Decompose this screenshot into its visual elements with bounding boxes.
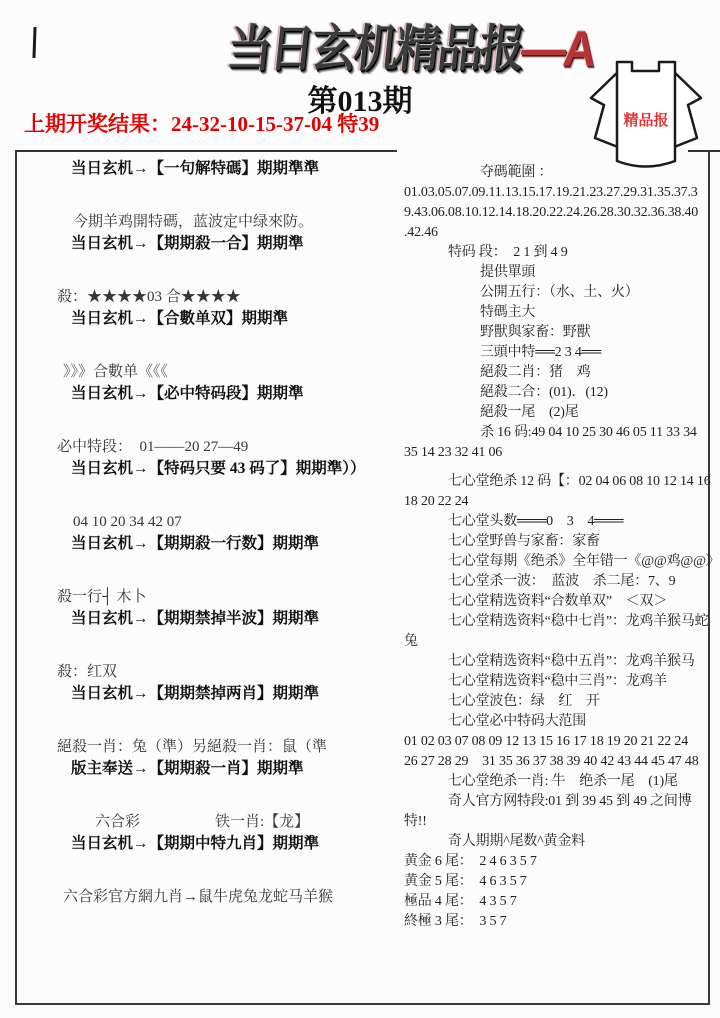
right-line: 26 27 28 29 31 35 36 37 38 39 40 42 43 4… bbox=[398, 752, 712, 772]
right-line: 杀 16 码:49 04 10 25 30 46 05 11 33 34 bbox=[398, 423, 712, 443]
right-line: 七心堂头数═══0 3 4═══ bbox=[398, 512, 712, 532]
right-line: 黄金 5 尾： 4 6 3 5 7 bbox=[398, 872, 712, 892]
left-line: 当日玄机→【期期禁掉半波】期期準 bbox=[55, 608, 397, 630]
left-block: 殺：红双当日玄机→【期期禁掉两肖】期期準 bbox=[55, 661, 397, 705]
right-line: 七心堂每期《绝杀》全年错一《@@鸡@@》 bbox=[398, 552, 712, 572]
left-column: 当日玄机→【一句解特碼】期期準準今期羊鸡開特碼，蓝波定中绿來防。当日玄机→【期期… bbox=[55, 158, 397, 939]
left-line: 殺：★★★★03 合★★★★ bbox=[55, 286, 397, 308]
right-line: 極品 4 尾： 4 3 5 7 bbox=[398, 892, 712, 912]
right-line: 絕殺一尾 (2)尾 bbox=[398, 403, 712, 423]
right-column: 夺碼範圍 ：01.03.05.07.09.11.13.15.17.19.21.2… bbox=[398, 163, 712, 932]
right-line: 七心堂波色：绿 红 开 bbox=[398, 692, 712, 712]
ribbon-label: 精品报 bbox=[622, 111, 668, 129]
right-line: 三頭中特══2 3 4══ bbox=[398, 343, 712, 363]
right-line: 七心堂绝杀 12 码【：02 04 06 08 10 12 14 16 bbox=[398, 472, 712, 492]
left-block: 絕殺一肖：兔（準）另絕殺一肖：鼠（準版主奉送→【期期殺一肖】期期準 bbox=[55, 736, 397, 780]
right-line: 七心堂绝杀一肖: 牛 绝杀一尾 (1)尾 bbox=[398, 772, 712, 792]
right-line: 七心堂精选资料“合数单双” ＜双＞ bbox=[398, 592, 712, 612]
left-line: 当日玄机→【一句解特碼】期期準準 bbox=[55, 158, 397, 180]
left-block: 》》》合數单《《《当日玄机→【必中特码段】期期準 bbox=[55, 361, 397, 405]
left-block: 当日玄机→【一句解特碼】期期準準 bbox=[55, 158, 397, 180]
right-line: 提供單頭 bbox=[398, 263, 712, 283]
main-title-text: 当日玄机精品报 bbox=[225, 20, 525, 77]
right-line: 七心堂野兽与家畜：家畜 bbox=[398, 532, 712, 552]
main-title: 当日玄机精品报—A bbox=[224, 8, 612, 81]
right-line: 9.43.06.08.10.12.14.18.20.22.24.26.28.30… bbox=[398, 203, 712, 223]
right-line: 絕殺二合：(01)．(12) bbox=[398, 383, 712, 403]
right-line: 絕殺二肖：猪 鸡 bbox=[398, 363, 712, 383]
left-line: 六合彩 铁一肖:【龙】 bbox=[55, 811, 397, 833]
left-block: 殺一行┤ 木卜当日玄机→【期期禁掉半波】期期準 bbox=[55, 586, 397, 630]
right-line: 野獸與家畜：野獸 bbox=[398, 323, 712, 343]
right-line: 七心堂精选资料“稳中三肖”：龙鸡羊 bbox=[398, 672, 712, 692]
right-line: 黄金 6 尾： 2 4 6 3 5 7 bbox=[398, 852, 712, 872]
right-line: 七心堂杀一波： 蓝波 杀二尾：7、9 bbox=[398, 572, 712, 592]
scan-artifact-tick bbox=[32, 27, 36, 58]
right-line: 兔 bbox=[398, 632, 712, 652]
left-line: 六合彩官方網九肖→鼠牛虎兔龙蛇马羊猴 bbox=[55, 886, 397, 908]
left-line: 今期羊鸡開特碼，蓝波定中绿來防。 bbox=[55, 211, 397, 233]
right-line: 七心堂精选资料“稳中七肖”：龙鸡羊猴马蛇 bbox=[398, 612, 712, 632]
left-line: 当日玄机→【期期殺一行数】期期準 bbox=[55, 533, 397, 555]
right-line: 特碼主大 bbox=[398, 303, 712, 323]
left-line: 絕殺一肖：兔（準）另絕殺一肖：鼠（準 bbox=[55, 736, 397, 758]
right-line: 特码 段： 2 1 到 4 9 bbox=[398, 243, 712, 263]
right-line: 公開五行：（水、土、火） bbox=[398, 283, 712, 303]
left-block: 六合彩官方網九肖→鼠牛虎兔龙蛇马羊猴 bbox=[55, 886, 397, 908]
left-line: 殺一行┤ 木卜 bbox=[55, 586, 397, 608]
left-line: 当日玄机→【期期殺一合】期期準 bbox=[55, 233, 397, 255]
left-line: 》》》合數单《《《 bbox=[55, 361, 397, 383]
right-line: 特!! bbox=[398, 812, 712, 832]
right-line: 奇人期期^尾数^黄金料 bbox=[398, 832, 712, 852]
left-line: 必中特段： 01——20 27—49 bbox=[55, 436, 397, 458]
right-line: 01.03.05.07.09.11.13.15.17.19.21.23.27.2… bbox=[398, 183, 712, 203]
left-block: 殺：★★★★03 合★★★★当日玄机→【合數单双】期期準 bbox=[55, 286, 397, 330]
right-line: .42.46 bbox=[398, 223, 712, 243]
left-line: 04 10 20 34 42 07 bbox=[55, 511, 397, 533]
left-line: 版主奉送→【期期殺一肖】期期準 bbox=[55, 758, 397, 780]
right-line: 奇人官方网特段:01 到 39 45 到 49 之间博 bbox=[398, 792, 712, 812]
left-line: 当日玄机→【必中特码段】期期準 bbox=[55, 383, 397, 405]
left-line: 殺：红双 bbox=[55, 661, 397, 683]
right-line: 夺碼範圍 ： bbox=[398, 163, 712, 183]
right-line: 18 20 22 24 bbox=[398, 492, 712, 512]
left-line: 当日玄机→【期期中特九肖】期期準 bbox=[55, 833, 397, 855]
right-line: 七心堂精选资料“稳中五肖”：龙鸡羊猴马 bbox=[398, 652, 712, 672]
main-title-suffix: —A bbox=[519, 20, 597, 77]
right-line: 01 02 03 07 08 09 12 13 15 16 17 18 19 2… bbox=[398, 732, 712, 752]
left-line: 当日玄机→【期期禁掉两肖】期期準 bbox=[55, 683, 397, 705]
right-line: 35 14 23 32 41 06 bbox=[398, 443, 712, 463]
left-block: 今期羊鸡開特碼，蓝波定中绿來防。当日玄机→【期期殺一合】期期準 bbox=[55, 211, 397, 255]
right-line: 終極 3 尾： 3 5 7 bbox=[398, 912, 712, 932]
last-draw-result: 上期开奖结果：24-32-10-15-37-04 特39 bbox=[24, 108, 379, 138]
left-block: 04 10 20 34 42 07当日玄机→【期期殺一行数】期期準 bbox=[55, 511, 397, 555]
left-block: 六合彩 铁一肖:【龙】当日玄机→【期期中特九肖】期期準 bbox=[55, 811, 397, 855]
left-line: 当日玄机→【合數单双】期期準 bbox=[55, 308, 397, 330]
left-block: 必中特段： 01——20 27—49当日玄机→【特码只要 43 码了】期期準）） bbox=[55, 436, 397, 480]
page: 当日玄机精品报—A 第013期 上期开奖结果：24-32-10-15-37-04… bbox=[0, 0, 720, 1018]
right-line: 七心堂必中特码大范围 bbox=[398, 712, 712, 732]
left-line: 当日玄机→【特码只要 43 码了】期期準）） bbox=[55, 458, 397, 480]
